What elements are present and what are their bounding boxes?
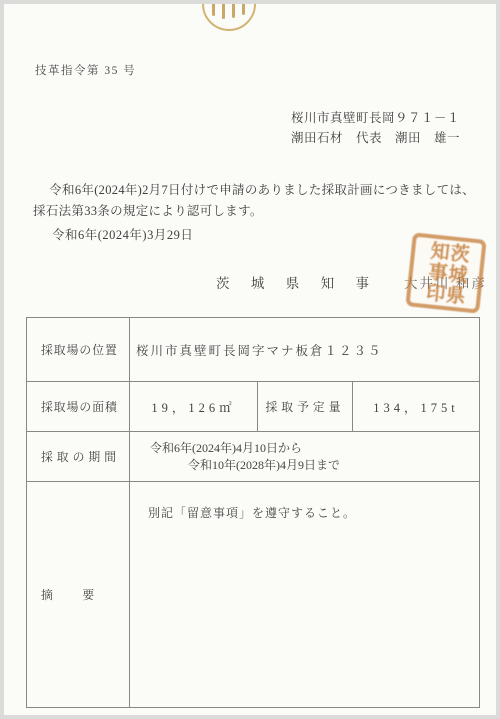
governor-square-seal-icon: 知事印 茨城県: [405, 232, 486, 313]
remarks-label: 摘 要: [27, 482, 130, 708]
period-label: 採取の期間: [27, 432, 130, 482]
table-row-location: 採取場の位置 桜川市真壁町長岡字マナ板倉１２３５: [27, 318, 480, 382]
location-value: 桜川市真壁町長岡字マナ板倉１２３５: [130, 318, 480, 382]
seal-stroke: [222, 4, 225, 19]
approval-line-2: 採石法第33条の規定により認可します。: [33, 201, 480, 222]
issue-date: 令和6年(2024年)3月29日: [52, 225, 193, 243]
approval-line-1: 令和6年(2024年)2月7日付けで申請のありました採取計画につきましては、: [33, 180, 480, 201]
approval-paragraph: 令和6年(2024年)2月7日付けで申請のありました採取計画につきましては、 採…: [33, 180, 480, 222]
governor-title: 茨 城 県 知 事: [216, 272, 378, 292]
period-value: 令和6年(2024年)4月10日から 令和10年(2028年)4月9日まで: [130, 432, 480, 482]
seal-stroke: [212, 4, 215, 16]
recipient-name: 潮田石材 代表 潮田 雄一: [291, 128, 460, 148]
permit-details-table: 採取場の位置 桜川市真壁町長岡字マナ板倉１２３５ 採取場の面積 19，126㎡ …: [26, 317, 480, 708]
period-end: 令和10年(2028年)4月9日まで: [150, 457, 479, 474]
seal-stroke: [232, 4, 235, 18]
quantity-label: 採取予定量: [258, 382, 353, 432]
area-label: 採取場の面積: [27, 382, 130, 432]
document-number: 技革指令第 35 号: [35, 62, 136, 78]
location-label: 採取場の位置: [27, 318, 130, 382]
recipient-block: 桜川市真壁町長岡９７１－１ 潮田石材 代表 潮田 雄一: [291, 108, 460, 148]
quantity-value: 134，175t: [353, 382, 480, 432]
table-row-period: 採取の期間 令和6年(2024年)4月10日から 令和10年(2028年)4月9…: [27, 432, 480, 482]
seal-circle-outline: [202, 4, 256, 31]
period-start: 令和6年(2024年)4月10日から: [150, 440, 479, 457]
seal-stroke: [242, 4, 245, 15]
area-value: 19，126㎡: [130, 382, 258, 432]
recipient-address: 桜川市真壁町長岡９７１－１: [291, 108, 460, 128]
table-row-area: 採取場の面積 19，126㎡ 採取予定量 134，175t: [27, 382, 480, 432]
remarks-value: 別記「留意事項」を遵守すること。: [130, 482, 480, 708]
clipped-round-seal-icon: [200, 4, 258, 32]
table-row-remarks: 摘 要 別記「留意事項」を遵守すること。: [27, 482, 480, 708]
quarrying-permit-document: 技革指令第 35 号 桜川市真壁町長岡９７１－１ 潮田石材 代表 潮田 雄一 令…: [0, 0, 500, 719]
